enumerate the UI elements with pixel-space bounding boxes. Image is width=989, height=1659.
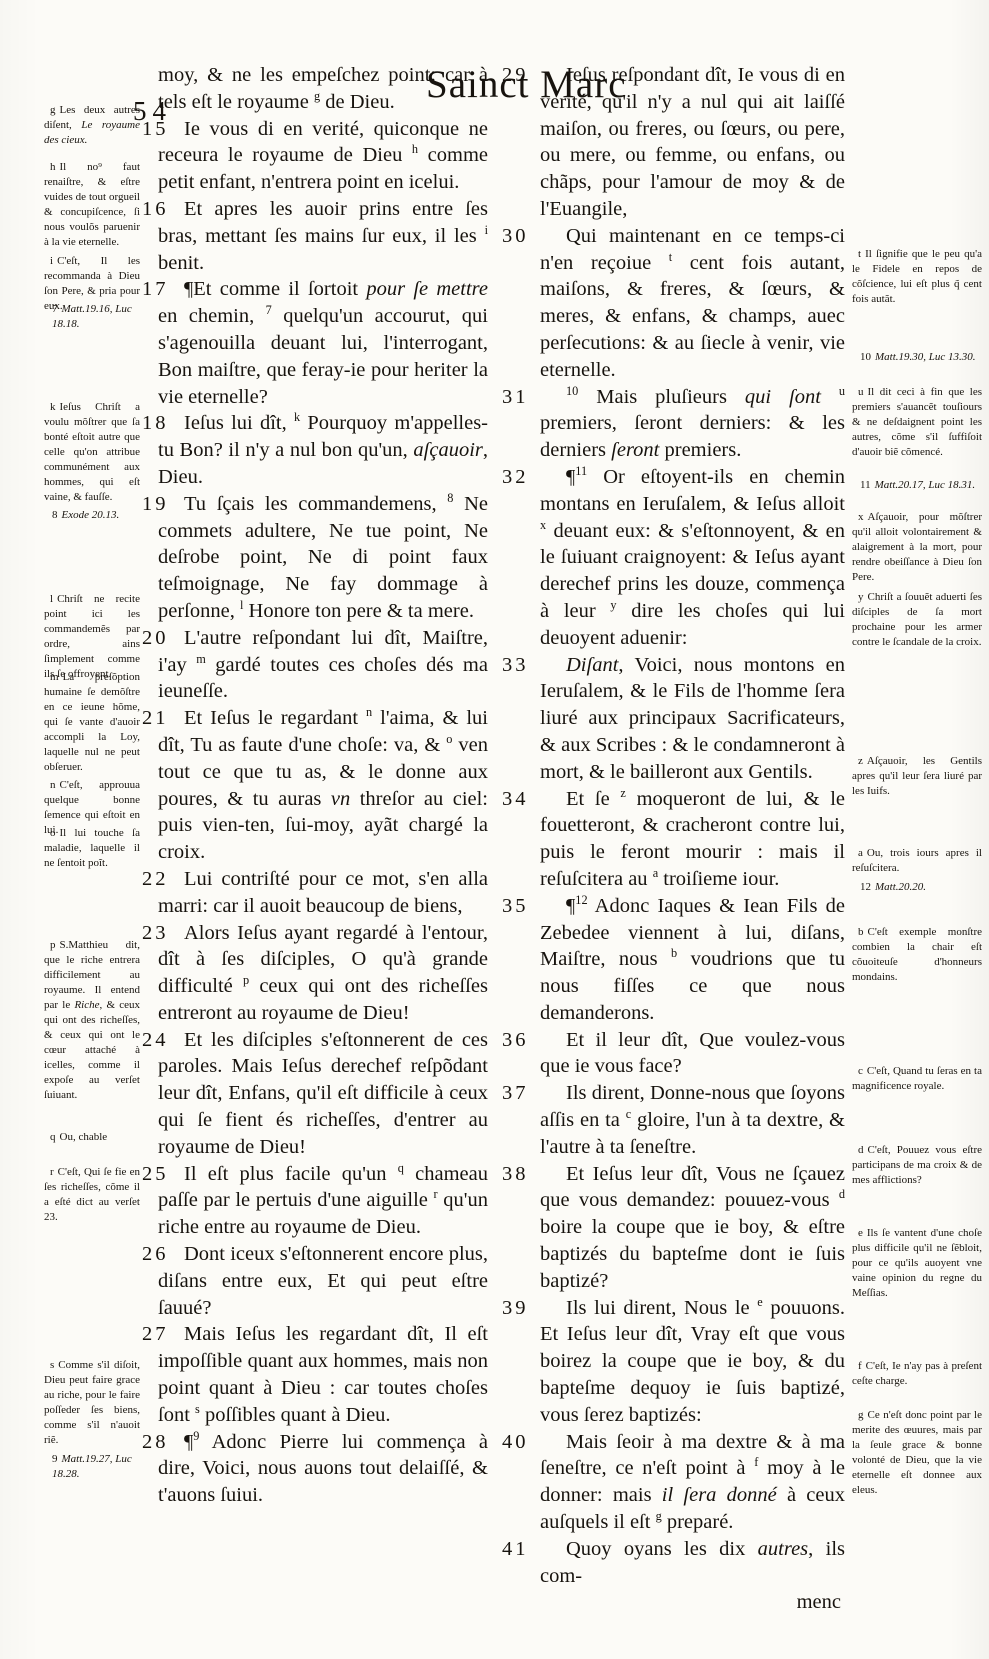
note-key: s — [50, 1359, 54, 1371]
margin-note-e: eIls ſe vantent d'une choſe plus diffici… — [852, 1226, 982, 1301]
verse-number: 39 — [502, 1295, 529, 1322]
verse-21: 21Et Ieſus le regardant n l'aima, & lui … — [158, 705, 488, 866]
verse-22: 22Lui contriſté pour ce mot, s'en alla m… — [158, 866, 488, 920]
margin-note-x: xAſçauoir, pour mõſtrer qu'il alloit vol… — [852, 510, 982, 585]
margin-note-p: pS.Matthieu dit, que le riche entrera di… — [44, 938, 140, 1103]
margin-ref-7: 7Matt.19.16, Luc 18.18. — [44, 302, 148, 332]
verse-19: 19Tu ſçais les commandemens, 8 Ne commet… — [158, 491, 488, 625]
margin-note-a: aOu, trois iours apres il reſuſcitera. — [852, 846, 982, 876]
verse-number: 37 — [502, 1080, 529, 1107]
verse-30: 30Qui maintenant en ce temps-ci n'en reç… — [540, 223, 845, 384]
verse-25: 25Il eſt plus facile qu'un q chameau paſ… — [158, 1161, 488, 1241]
margin-ref-8: 8Exode 20.13. — [44, 508, 148, 523]
verse-number: 30 — [502, 223, 529, 250]
note-key: y — [858, 591, 864, 603]
verse-29: 29Ieſus reſpondant dît, Ie vous di en ve… — [540, 62, 845, 223]
margin-note-k: kIeſus Chriſt a voulu mõſtrer que ſa bon… — [44, 400, 140, 505]
verse-23: 23Alors Ieſus ayant regardé à l'entour, … — [158, 920, 488, 1027]
verse-number: 21 — [142, 705, 169, 732]
note-key: p — [50, 939, 56, 951]
note-key: a — [858, 847, 863, 859]
margin-ref-10: 10Matt.19.30, Luc 13.30. — [852, 350, 989, 365]
verse-24: 24Et les diſciples s'eſtonnerent de ces … — [158, 1027, 488, 1161]
verse-number: 24 — [142, 1027, 169, 1054]
margin-note-s: sComme s'il diſoit, Dieu peut faire grac… — [44, 1358, 140, 1448]
verse-number: 18 — [142, 410, 169, 437]
left-margin-notes: gLes deux autres diſent, Le royaume des … — [44, 0, 140, 1659]
note-key: i — [50, 255, 53, 267]
note-key: r — [50, 1166, 54, 1178]
verse-number: 15 — [142, 116, 169, 143]
margin-note-f: fC'eſt, Ie n'ay pas à preſent ceſte char… — [852, 1359, 982, 1389]
note-key: b — [858, 926, 864, 938]
verse-28: 28¶9 Adonc Pierre lui commença à dire, V… — [158, 1429, 488, 1509]
verse-number: 35 — [502, 893, 529, 920]
note-key: o — [50, 827, 56, 839]
verse-36: 36Et il leur dît, Que voulez-vous que ie… — [540, 1027, 845, 1081]
verse-number: 32 — [502, 464, 529, 491]
note-key: e — [858, 1227, 863, 1239]
verse-26: 26Dont iceux s'eſtonnerent encore plus, … — [158, 1241, 488, 1321]
text-column-right: 29Ieſus reſpondant dît, Ie vous di en ve… — [540, 62, 845, 1616]
verse-number: 22 — [142, 866, 169, 893]
margin-note-u: uIl dit ceci à fin que les premiers s'au… — [852, 385, 982, 460]
note-key: k — [50, 401, 56, 413]
margin-ref-12: 12Matt.20.20. — [852, 880, 989, 895]
verse-18: 18Ieſus lui dît, k Pourquoy m'appelles-t… — [158, 410, 488, 490]
margin-note-t: tIl ſignifie que le peu qu'a le Fidele e… — [852, 247, 982, 307]
note-key: l — [50, 593, 53, 605]
catchword: menc — [540, 1589, 845, 1616]
margin-ref-9: 9Matt.19.27, Luc 18.28. — [44, 1452, 148, 1482]
verse-number: 17 — [142, 276, 169, 303]
verse-27: 27Mais Ieſus les regardant dît, Il eſt i… — [158, 1321, 488, 1428]
note-key: d — [858, 1144, 864, 1156]
verse-15: 15Ie vous di en verité, quiconque ne rec… — [158, 116, 488, 196]
note-key: 11 — [860, 479, 871, 491]
verse-number: 19 — [142, 491, 169, 518]
note-key: 12 — [860, 881, 871, 893]
verse-number: 28 — [142, 1429, 169, 1456]
verse-33: 33Diſant, Voici, nous montons en Ieruſal… — [540, 652, 845, 786]
verse-37: 37Ils dirent, Donne-nous que ſoyons aſſi… — [540, 1080, 845, 1160]
note-key: z — [858, 755, 863, 767]
margin-note-h: hIl no⁹ faut renaiſtre, & eſtre vuides d… — [44, 160, 140, 250]
verse-41: 41Quoy oyans les dix autres, ils com- — [540, 1536, 845, 1590]
verse-31: 3110 Mais pluſieurs qui ſont u premiers,… — [540, 384, 845, 464]
margin-note-y: yChriſt a ſouuẽt aduerti ſes diſciples d… — [852, 590, 982, 650]
margin-note-m: mLa preſõption humaine ſe demõſtre en ce… — [44, 670, 140, 775]
margin-note-l: lChriſt ne recite point ici les commande… — [44, 592, 140, 682]
verse-number: 41 — [502, 1536, 529, 1563]
verse-number: 20 — [142, 625, 169, 652]
verse-number: 23 — [142, 920, 169, 947]
verse-16: 16Et apres les auoir prins entre ſes bra… — [158, 196, 488, 276]
note-key: x — [858, 511, 864, 523]
margin-note-g: gCe n'eſt donc point par le merite des œ… — [852, 1408, 982, 1498]
verse-number: 29 — [502, 62, 529, 89]
margin-note-d: dC'eſt, Pouuez vous eſtre participans de… — [852, 1143, 982, 1188]
verse-32: 32¶11 Or eſtoyent-ils en chemin montans … — [540, 464, 845, 652]
verse-number: 36 — [502, 1027, 529, 1054]
text-column-left: moy, & ne les empeſchez point: car à tel… — [158, 62, 488, 1509]
note-key: 8 — [52, 509, 58, 521]
note-key: g — [858, 1409, 864, 1421]
margin-note-b: bC'eſt exemple monſtre combien la chair … — [852, 925, 982, 985]
verse-number: 40 — [502, 1429, 529, 1456]
margin-note-g: gLes deux autres diſent, Le royaume des … — [44, 103, 140, 148]
verse-number: 34 — [502, 786, 529, 813]
margin-note-z: zAſçauoir, les Gentils apres qu'il leur … — [852, 754, 982, 799]
margin-note-o: oIl lui touche ſa maladie, laquelle il n… — [44, 826, 140, 871]
verse-20: 20L'autre reſpondant lui dît, Maiſtre, i… — [158, 625, 488, 705]
margin-note-q: qOu, chable — [44, 1130, 140, 1145]
note-key: 7 — [52, 303, 58, 315]
right-margin-notes: tIl ſignifie que le peu qu'a le Fidele e… — [852, 0, 982, 1659]
note-key: u — [858, 386, 864, 398]
verse-number: 33 — [502, 652, 529, 679]
note-key: c — [858, 1065, 863, 1077]
verse-17: 17¶Et comme il ſortoit pour ſe mettre en… — [158, 276, 488, 410]
note-key: g — [50, 104, 56, 116]
note-key: q — [50, 1131, 56, 1143]
margin-note-r: rC'eſt, Qui ſe fie en ſes richeſſes, cõm… — [44, 1165, 140, 1225]
note-key: f — [858, 1360, 862, 1372]
text-column-right-verses: 29Ieſus reſpondant dît, Ie vous di en ve… — [540, 62, 845, 1589]
book-page: 54 Sainct Marc gLes deux autres diſent, … — [0, 0, 989, 1659]
note-key: h — [50, 161, 56, 173]
note-key: n — [50, 779, 56, 791]
margin-note-c: cC'eſt, Quand tu ſeras en ta magnificenc… — [852, 1064, 982, 1094]
verse-40: 40Mais ſeoir à ma dextre & à ma ſeneſtre… — [540, 1429, 845, 1536]
verse-number: 31 — [502, 384, 529, 411]
verse-continuation: moy, & ne les empeſchez point: car à tel… — [158, 62, 488, 116]
verse-38: 38Et Ieſus leur dît, Vous ne ſçauez que … — [540, 1161, 845, 1295]
verse-number: 27 — [142, 1321, 169, 1348]
verse-35: 35¶12 Adonc Iaques & Iean Fils de Zebede… — [540, 893, 845, 1027]
verse-39: 39Ils lui dirent, Nous le e pouuons. Et … — [540, 1295, 845, 1429]
margin-ref-11: 11Matt.20.17, Luc 18.31. — [852, 478, 989, 493]
verse-number: 38 — [502, 1161, 529, 1188]
note-key: 10 — [860, 351, 871, 363]
note-key: t — [858, 248, 861, 260]
note-key: m — [50, 671, 59, 683]
verse-number: 26 — [142, 1241, 169, 1268]
verse-number: 16 — [142, 196, 169, 223]
verse-34: 34Et ſe z moqueront de lui, & le fouette… — [540, 786, 845, 893]
note-key: 9 — [52, 1453, 58, 1465]
verse-number: 25 — [142, 1161, 169, 1188]
